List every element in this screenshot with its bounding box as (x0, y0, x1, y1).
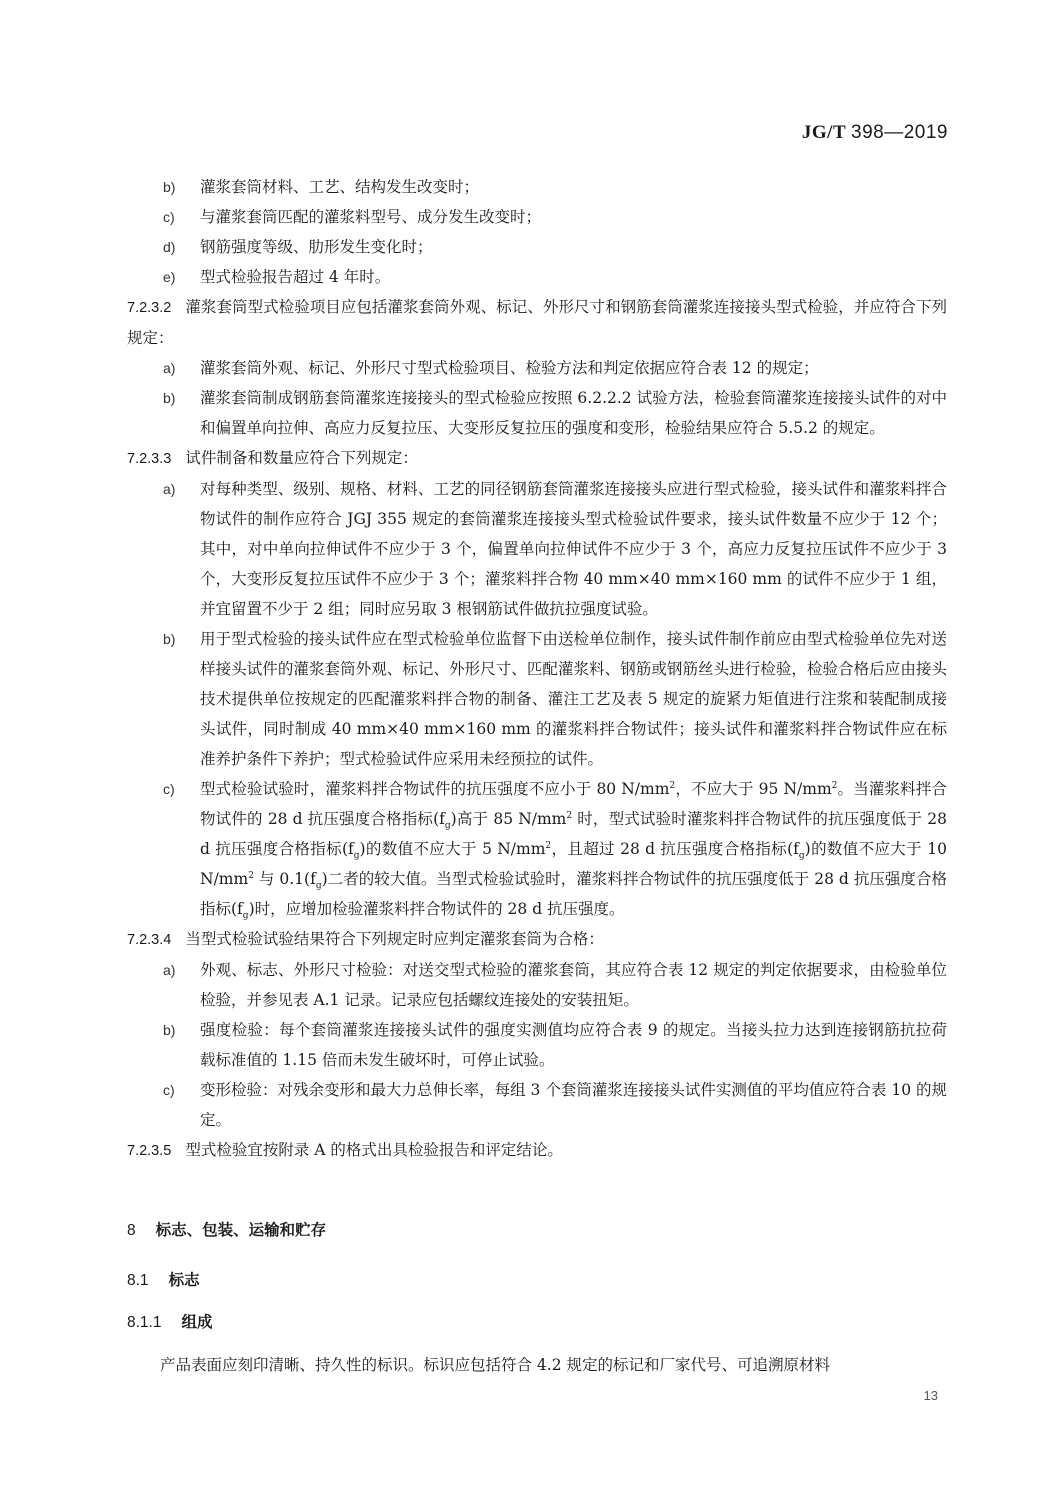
list-marker: b) (163, 1015, 175, 1045)
clause-text: 型式检验宜按附录 A 的格式出具检验报告和评定结论。 (185, 1141, 563, 1159)
list-item: a)对每种类型、级别、规格、材料、工艺的同径钢筋套筒灌浆连接接头应进行型式检验，… (127, 474, 947, 624)
list-item: c)变形检验：对残余变形和最大力总伸长率，每组 3 个套筒灌浆连接接头试件实测值… (127, 1075, 947, 1135)
clause-number: 7.2.3.2 (127, 300, 171, 316)
list-item: a)灌浆套筒外观、标记、外形尺寸型式检验项目、检验方法和判定依据应符合表 12 … (127, 353, 947, 383)
list-marker: c) (163, 774, 175, 804)
list-text: 型式检验报告超过 4 年时。 (200, 268, 390, 286)
paragraph-8-1-1: 产品表面应刻印清晰、持久性的标识。标识应包括符合 4.2 规定的标记和厂家代号、… (160, 1350, 950, 1380)
standard-prefix: JG/T (802, 122, 846, 143)
section-number: 8.1 (127, 1272, 149, 1289)
list-marker: b) (163, 624, 175, 654)
list-text: 强度检验：每个套筒灌浆连接接头试件的强度实测值均应符合表 9 的规定。当接头拉力… (200, 1021, 947, 1069)
clause-number: 7.2.3.5 (127, 1143, 171, 1159)
list-marker: d) (163, 232, 175, 262)
list-item: a)外观、标志、外形尺寸检验：对送交型式检验的灌浆套筒，其应符合表 12 规定的… (127, 955, 947, 1015)
list-text: 对每种类型、级别、规格、材料、工艺的同径钢筋套筒灌浆连接接头应进行型式检验，接头… (200, 480, 947, 618)
section-heading-8-1-1: 8.1.1组成 (127, 1310, 213, 1332)
list-text: 灌浆套筒外观、标记、外形尺寸型式检验项目、检验方法和判定依据应符合表 12 的规… (200, 359, 819, 377)
document-body: b)灌浆套筒材料、工艺、结构发生改变时； c)与灌浆套筒匹配的灌浆料型号、成分发… (127, 172, 947, 1166)
list-text: 外观、标志、外形尺寸检验：对送交型式检验的灌浆套筒，其应符合表 12 规定的判定… (200, 961, 947, 1009)
page-number: 13 (924, 1388, 938, 1403)
list-marker: a) (163, 474, 175, 504)
list-item: b)灌浆套筒材料、工艺、结构发生改变时； (127, 172, 947, 202)
section-title: 组成 (181, 1314, 212, 1331)
list-marker: c) (163, 1075, 175, 1105)
clause-7-2-3-5: 7.2.3.5型式检验宜按附录 A 的格式出具检验报告和评定结论。 (127, 1135, 947, 1166)
list-item: b)用于型式检验的接头试件应在型式检验单位监督下由送检单位制作，接头试件制作前应… (127, 624, 947, 774)
list-marker: e) (163, 262, 175, 292)
clause-text: 灌浆套筒型式检验项目应包括灌浆套筒外观、标记、外形尺寸和钢筋套筒灌浆连接接头型式… (127, 298, 947, 347)
list-item: c)与灌浆套筒匹配的灌浆料型号、成分发生改变时； (127, 202, 947, 232)
list-item: d)钢筋强度等级、肋形发生变化时； (127, 232, 947, 262)
list-item: c)型式检验试验时，灌浆料拌合物试件的抗压强度不应小于 80 N/mm2，不应大… (127, 774, 947, 924)
clause-7-2-3-2: 7.2.3.2灌浆套筒型式检验项目应包括灌浆套筒外观、标记、外形尺寸和钢筋套筒灌… (127, 292, 947, 353)
list-text: 变形检验：对残余变形和最大力总伸长率，每组 3 个套筒灌浆连接接头试件实测值的平… (200, 1081, 947, 1129)
list-marker: c) (163, 202, 175, 232)
list-item: e)型式检验报告超过 4 年时。 (127, 262, 947, 292)
list-text: 用于型式检验的接头试件应在型式检验单位监督下由送检单位制作，接头试件制作前应由型… (200, 630, 947, 768)
clause-7-2-3-4: 7.2.3.4当型式检验试验结果符合下列规定时应判定灌浆套筒为合格： (127, 924, 947, 955)
standard-code-header: JG/T 398—2019 (802, 122, 948, 144)
clause-number: 7.2.3.4 (127, 932, 171, 948)
clause-text: 当型式检验试验结果符合下列规定时应判定灌浆套筒为合格： (185, 930, 604, 948)
clause-7-2-3-3: 7.2.3.3试件制备和数量应符合下列规定： (127, 443, 947, 474)
list-marker: b) (163, 383, 175, 413)
section-title: 标志 (169, 1272, 200, 1289)
list-text: 与灌浆套筒匹配的灌浆料型号、成分发生改变时； (200, 208, 541, 226)
list-marker: a) (163, 955, 175, 985)
list-marker: a) (163, 353, 175, 383)
section-title: 标志、包装、运输和贮存 (156, 1222, 327, 1239)
list-text: 钢筋强度等级、肋形发生变化时； (200, 238, 433, 256)
section-number: 8.1.1 (127, 1314, 161, 1331)
section-heading-8: 8标志、包装、运输和贮存 (127, 1218, 326, 1240)
list-item: b)灌浆套筒制成钢筋套筒灌浆连接接头的型式检验应按照 6.2.2.2 试验方法，… (127, 383, 947, 443)
section-number: 8 (127, 1222, 136, 1239)
list-text: 型式检验试验时，灌浆料拌合物试件的抗压强度不应小于 80 N/mm2，不应大于 … (200, 780, 947, 918)
list-item: b)强度检验：每个套筒灌浆连接接头试件的强度实测值均应符合表 9 的规定。当接头… (127, 1015, 947, 1075)
clause-text: 试件制备和数量应符合下列规定： (185, 449, 418, 467)
list-marker: b) (163, 172, 175, 202)
list-text: 灌浆套筒材料、工艺、结构发生改变时； (200, 178, 479, 196)
clause-number: 7.2.3.3 (127, 451, 171, 467)
list-text: 灌浆套筒制成钢筋套筒灌浆连接接头的型式检验应按照 6.2.2.2 试验方法，检验… (200, 389, 947, 437)
standard-number: 398—2019 (851, 122, 948, 143)
section-heading-8-1: 8.1标志 (127, 1268, 200, 1290)
